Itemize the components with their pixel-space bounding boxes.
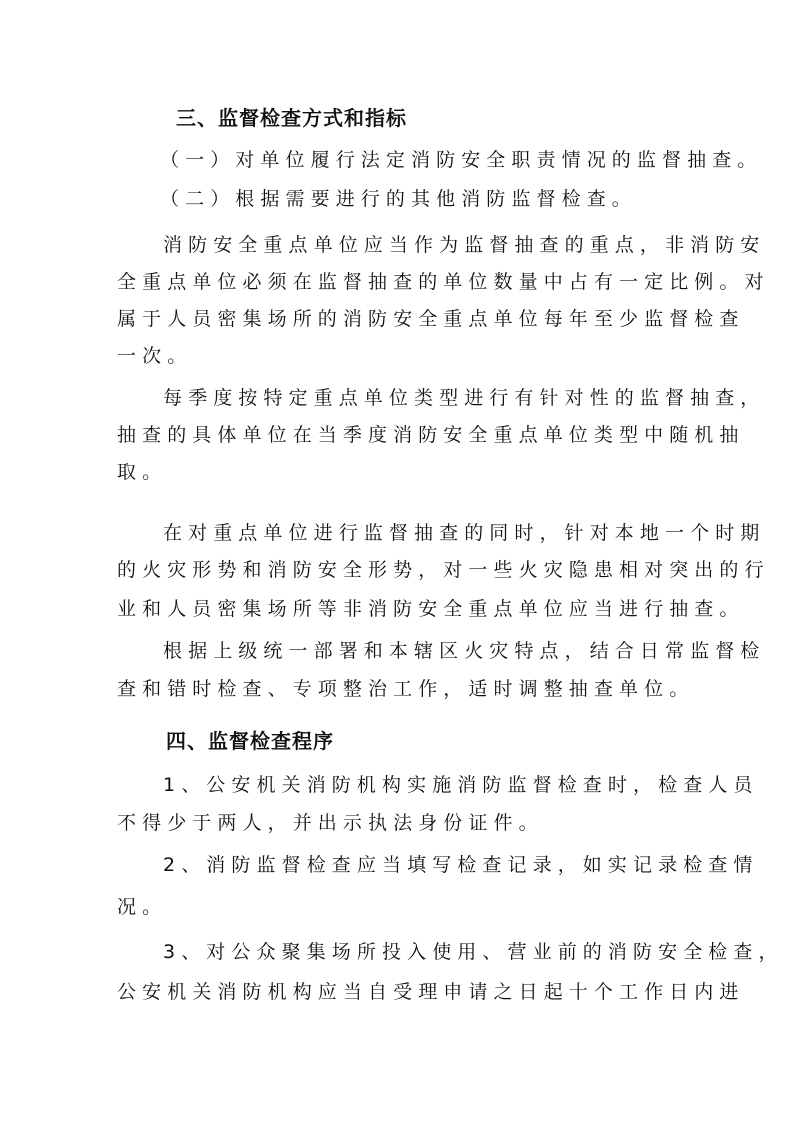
paragraph-line: 取。	[117, 460, 677, 484]
paragraph-line: 抽查的具体单位在当季度消防安全重点单位类型中随机抽	[117, 423, 677, 447]
paragraph-line: 消防安全重点单位应当作为监督抽查的重点，非消防安	[163, 233, 723, 257]
paragraph-line: 不得少于两人，并出示执法身份证件。	[117, 811, 677, 835]
document-page: 三、监督检查方式和指标 （一）对单位履行法定消防安全职责情况的监督抽查。 （二）…	[0, 0, 793, 1122]
paragraph-line: 在对重点单位进行监督抽查的同时，针对本地一个时期	[163, 521, 723, 545]
paragraph-line: 一次。	[117, 344, 677, 368]
paragraph-line: 的火灾形势和消防安全形势，对一些火灾隐患相对突出的行	[117, 558, 677, 582]
paragraph-line: 属于人员密集场所的消防安全重点单位每年至少监督检查	[117, 307, 677, 331]
paragraph-line: 查和错时检查、专项整治工作，适时调整抽查单位。	[117, 677, 677, 701]
paragraph-line: 根据上级统一部署和本辖区火灾特点，结合日常监督检	[163, 639, 723, 663]
paragraph-line: 公安机关消防机构应当自受理申请之日起十个工作日内进	[117, 980, 677, 1004]
list-item: （一）对单位履行法定消防安全职责情况的监督抽查。	[160, 148, 720, 172]
paragraph-line: 业和人员密集场所等非消防安全重点单位应当进行抽查。	[117, 597, 677, 621]
section-heading-4: 四、监督检查程序	[166, 729, 726, 753]
paragraph-line: 全重点单位必须在监督抽查的单位数量中占有一定比例。对	[117, 270, 677, 294]
list-item: （二）根据需要进行的其他消防监督检查。	[160, 187, 720, 211]
paragraph-line: 况。	[117, 895, 677, 919]
paragraph-line: 3、对公众聚集场所投入使用、营业前的消防安全检查，	[163, 940, 723, 964]
paragraph-line: 每季度按特定重点单位类型进行有针对性的监督抽查，	[163, 386, 723, 410]
paragraph-line: 2、消防监督检查应当填写检查记录，如实记录检查情	[163, 853, 723, 877]
paragraph-line: 1、公安机关消防机构实施消防监督检查时，检查人员	[163, 773, 723, 797]
section-heading-3: 三、监督检查方式和指标	[176, 106, 736, 130]
